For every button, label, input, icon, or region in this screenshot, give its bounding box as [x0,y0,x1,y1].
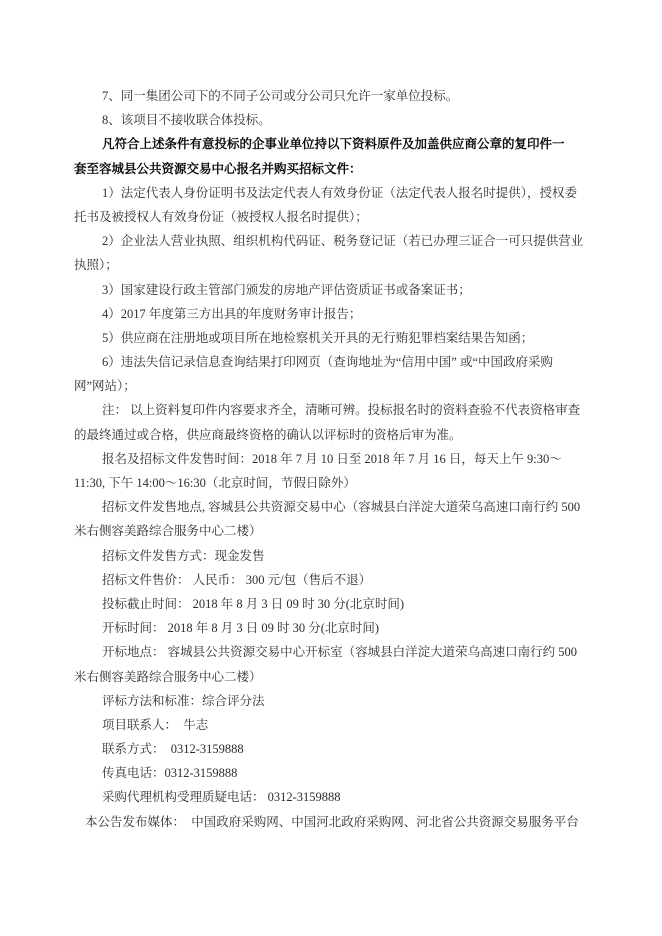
text-line: 本公告发布媒体： 中国政府采购网、中国河北政府采购网、河北省公共资源交易服务平台 [74,810,574,834]
text-line: 项目联系人： 牛志 [74,713,574,737]
text-line: 评标方法和标准：综合评分法 [74,689,574,713]
text-line: 11:30, 下午 14:00～16:30（北京时间，节假日除外） [74,471,574,495]
text-line: 招标文件发售地点, 容城县公共资源交易中心（容城县白洋淀大道荣乌高速口南行约 5… [74,495,574,519]
text-line: 4）2017 年度第三方出具的年度财务审计报告； [74,302,574,326]
text-line: 投标截止时间： 2018 年 8 月 3 日 09 时 30 分(北京时间) [74,592,574,616]
text-line: 3）国家建设行政主管部门颁发的房地产评估资质证书或备案证书； [74,278,574,302]
text-line: 开标地点： 容城县公共资源交易中心开标室（容城县白洋淀大道荣乌高速口南行约 50… [74,640,574,664]
text-line: 1）法定代表人身份证明书及法定代表人有效身份证（法定代表人报名时提供），授权委 [74,181,574,205]
text-line: 联系方式： 0312-3159888 [74,737,574,761]
document-body: 7、同一集团公司下的不同子公司或分公司只允许一家单位投标。8、该项目不接收联合体… [74,84,574,834]
text-line: 执照）； [74,253,574,277]
text-line: 8、该项目不接收联合体投标。 [74,108,574,132]
text-line: 注： 以上资料复印件内容要求齐全，清晰可辨。投标报名时的资料查验不代表资格审查 [74,398,574,422]
text-line: 米右侧容美路综合服务中心二楼） [74,519,574,543]
text-line: 托书及被授权人有效身份证（被授权人报名时提供）； [74,205,574,229]
text-line: 米右侧容美路综合服务中心二楼） [74,665,574,689]
text-line: 2）企业法人营业执照、组织机构代码证、税务登记证（若已办理三证合一可只提供营业 [74,229,574,253]
text-line: 招标文件售价： 人民币： 300 元/包（售后不退） [74,568,574,592]
text-line: 招标文件发售方式：现金发售 [74,544,574,568]
text-line: 开标时间： 2018 年 8 月 3 日 09 时 30 分(北京时间) [74,616,574,640]
text-line: 5）供应商在注册地或项目所在地检察机关开具的无行贿犯罪档案结果告知函； [74,326,574,350]
text-line: 的最终通过或合格，供应商最终资格的确认以评标时的资格后审为准。 [74,423,574,447]
text-line: 套至容城县公共资源交易中心报名并购买招标文件： [74,157,574,181]
text-line: 采购代理机构受理质疑电话： 0312-3159888 [74,785,574,809]
document-page: 7、同一集团公司下的不同子公司或分公司只允许一家单位投标。8、该项目不接收联合体… [0,0,662,936]
text-line: 凡符合上述条件有意投标的企事业单位持以下资料原件及加盖供应商公章的复印件一 [74,132,574,156]
text-line: 7、同一集团公司下的不同子公司或分公司只允许一家单位投标。 [74,84,574,108]
text-line: 传真电话：0312-3159888 [74,761,574,785]
text-line: 网”网站）； [74,374,574,398]
text-line: 6）违法失信记录信息查询结果打印网页（查询地址为“信用中国” 或“中国政府采购 [74,350,574,374]
text-line: 报名及招标文件发售时间：2018 年 7 月 10 日至 2018 年 7 月 … [74,447,574,471]
